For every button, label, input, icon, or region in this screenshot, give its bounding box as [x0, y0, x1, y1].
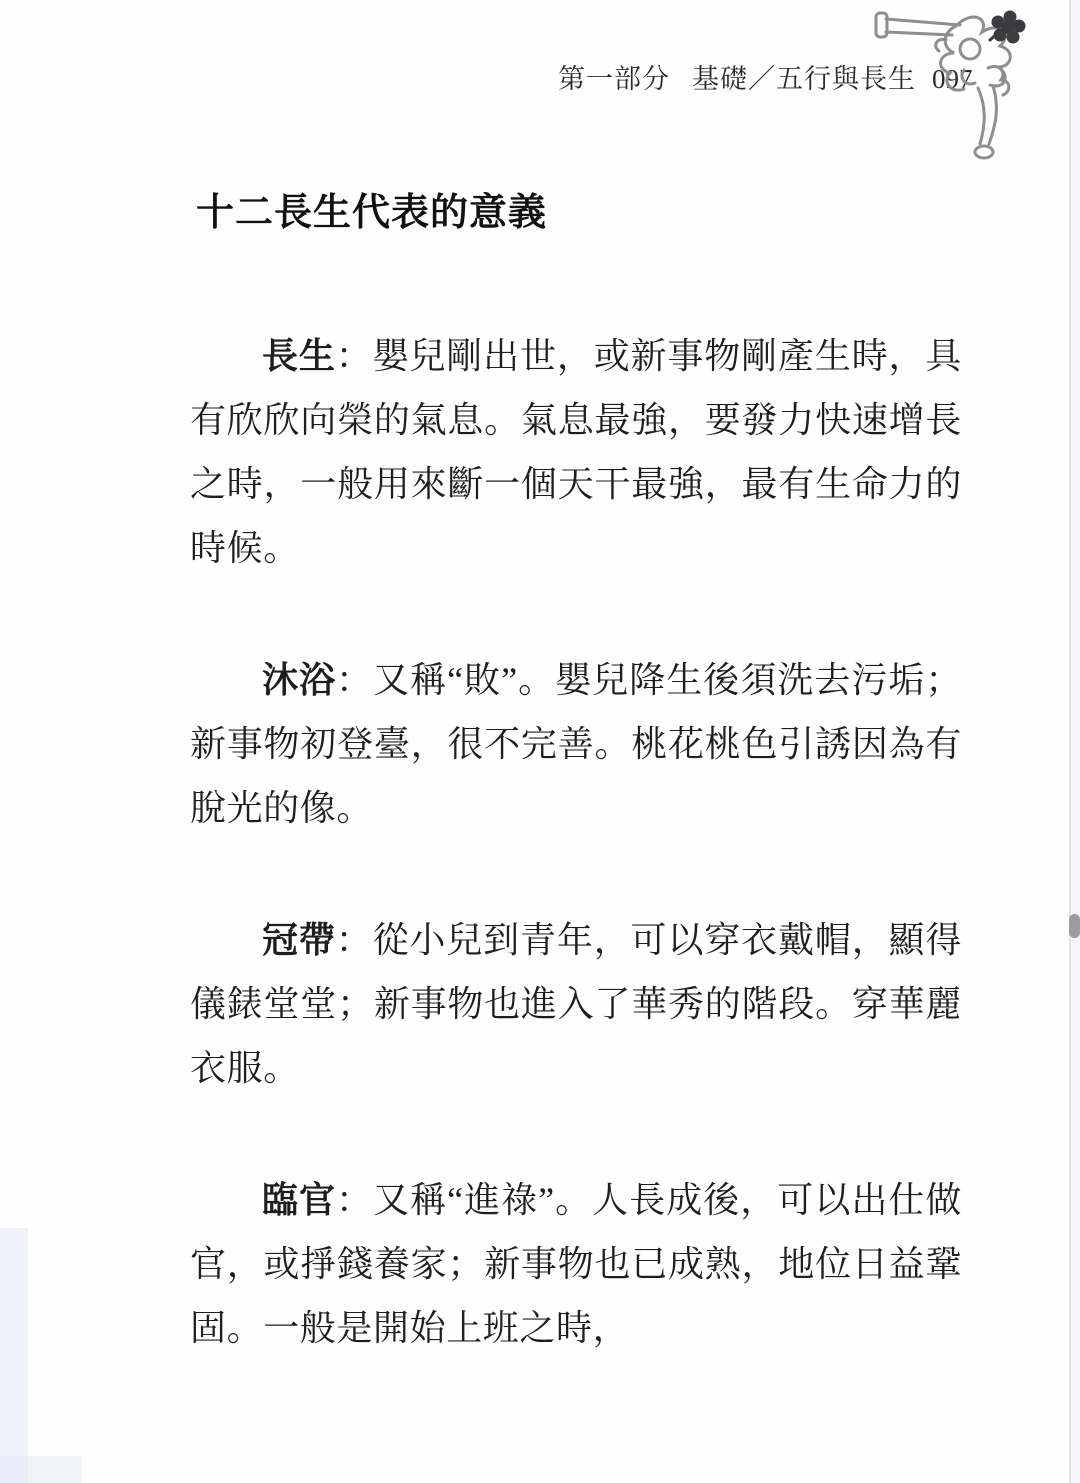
scrollbar-thumb[interactable]: [1069, 914, 1080, 938]
body-text: 長生：嬰兒剛出世，或新事物剛產生時，具有欣欣向榮的氣息。氣息最強，要發力快速增長…: [190, 324, 962, 1428]
flourish-strokes: [876, 13, 1010, 158]
page-edge: [1069, 0, 1080, 1483]
term-changsheng: 長生: [262, 336, 336, 376]
paragraph-linguan: 臨官：又稱“進祿”。人長成後，可以出仕做官，或掙錢養家；新事物也已成熟，地位日益…: [190, 1168, 962, 1360]
book-page: 第一部分基礎／五行與長生097: [0, 0, 1080, 1483]
clover-flower-icon: [992, 11, 1026, 44]
corner-flourish-ornament: [872, 6, 1034, 164]
page-title: 十二長生代表的意義: [196, 188, 547, 238]
scan-tint-left: [0, 1228, 28, 1483]
term-muyu: 沐浴: [262, 660, 336, 700]
paragraph-muyu: 沐浴：又稱“敗”。嬰兒降生後須洗去污垢；新事物初登臺，很不完善。桃花桃色引誘因為…: [190, 648, 962, 840]
term-guandai: 冠帶: [262, 920, 336, 960]
scan-tint-bottom: [0, 1456, 82, 1483]
header-section-label: 第一部分: [558, 64, 670, 94]
paragraph-guandai: 冠帶：從小兒到青年，可以穿衣戴帽，顯得儀錶堂堂；新事物也進入了華秀的階段。穿華麗…: [190, 908, 962, 1100]
term-linguan: 臨官: [262, 1180, 336, 1220]
paragraph-changsheng: 長生：嬰兒剛出世，或新事物剛產生時，具有欣欣向榮的氣息。氣息最強，要發力快速增長…: [190, 324, 962, 580]
